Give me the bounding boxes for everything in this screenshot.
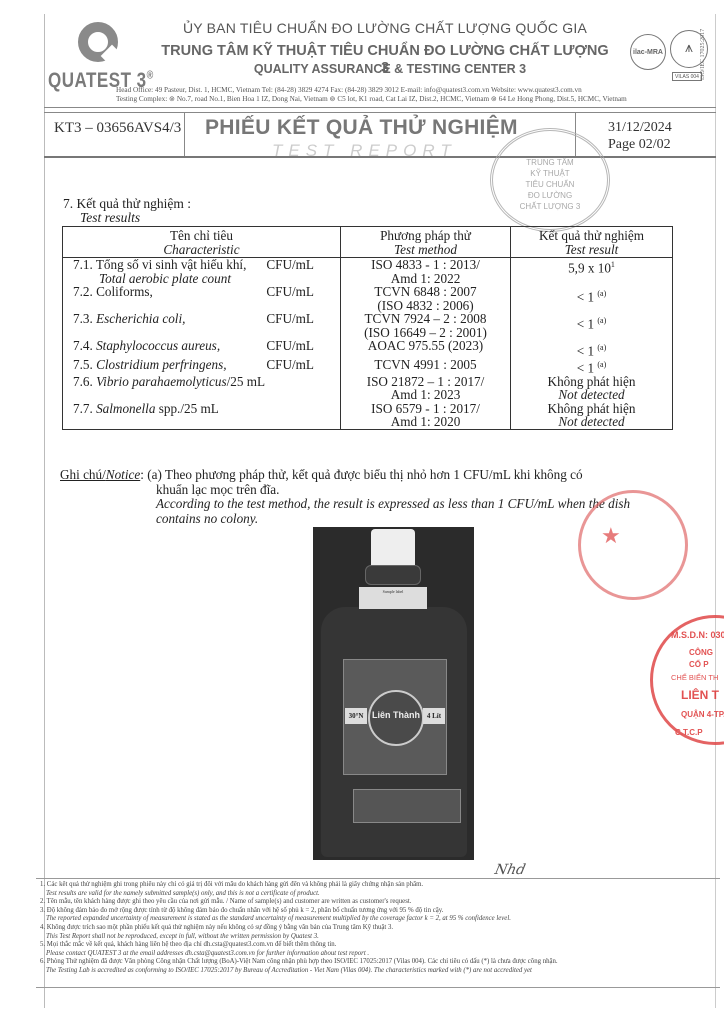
center-name-en: QUALITY ASSURANCE & TESTING CENTER 3 [180,62,600,76]
section-title-en: Test results [80,210,140,226]
table-row: 7.5. Clostridium perfringens,CFU/mL TCVN… [63,358,673,375]
iso-standard-label: ISO/IEC 17025:2017 [700,29,706,80]
quatest-logo-icon [78,22,118,62]
header-result: Kết quả thử nghiệmTest result [511,227,673,258]
header-method: Phương pháp thửTest method [341,227,511,258]
neck-sample-label: Sample label [359,587,427,609]
footnotes: 1. Các kết quả thử nghiệm ghi trong phiế… [40,881,710,976]
results-table: Tên chỉ tiêuCharacteristic Phương pháp t… [62,226,673,430]
table-row: 7.3. Escherichia coli,CFU/mL TCVN 7924 –… [63,312,673,339]
report-title-en: TEST REPORT [272,141,457,161]
vilas-label: VILAS 004 [672,72,702,81]
table-row: 7.7. Salmonella spp./25 mL ISO 6579 - 1 … [63,402,673,430]
head-office: Head Office: 49 Pasteur, Dist. 1, HCMC, … [116,86,716,95]
bottle-neck [365,565,421,585]
header-characteristic: Tên chỉ tiêuCharacteristic [63,227,341,258]
brand-name: Liên Thành [346,710,446,720]
table-row: 7.1. Tổng số vi sinh vật hiếu khí,CFU/mL… [63,258,673,286]
star-icon: ★ [601,523,621,549]
table-row: 7.4. Staphylococcus aureus,CFU/mL AOAC 9… [63,339,673,358]
signature: Nhd [493,862,527,878]
bottle-cap [371,529,415,569]
sample-photo: Sample label 30°N 4 Lít Liên Thành [313,527,474,860]
quatest-logo: QUATEST 3® [48,22,148,92]
report-date: 31/12/2024 [608,120,672,136]
document-code: KT3 – 03656AVS4/3 [54,120,181,137]
header-divider [44,107,716,108]
ilac-mra-icon: ilac-MRA [630,34,666,70]
quatest-seal-stamp: TRUNG TÂM KỸ THUẬT TIÊU CHUẨN ĐO LƯỜNG C… [490,128,610,232]
report-title-vn: PHIẾU KẾT QUẢ THỬ NGHIỆM [205,116,518,140]
testing-complex: Testing Complex: ⊚ No.7, road No.1, Bien… [116,95,716,104]
official-red-seal: ★ [578,490,688,600]
contact-info: Head Office: 49 Pasteur, Dist. 1, HCMC, … [116,86,716,104]
agency-name: ỦY BAN TIÊU CHUẨN ĐO LƯỜNG CHẤT LƯỢNG QU… [160,20,610,36]
page-number: Page 02/02 [608,137,671,153]
table-row: 7.6. Vibrio parahaemolyticus/25 mL ISO 2… [63,375,673,402]
product-label: 30°N 4 Lít Liên Thành [343,659,447,775]
table-row: 7.2. Coliforms,CFU/mL TCVN 6848 : 2007(I… [63,285,673,312]
notice-label: Ghi chú/Notice [60,467,140,482]
back-label [353,789,461,823]
table-header-row: Tên chỉ tiêuCharacteristic Phương pháp t… [63,227,673,258]
